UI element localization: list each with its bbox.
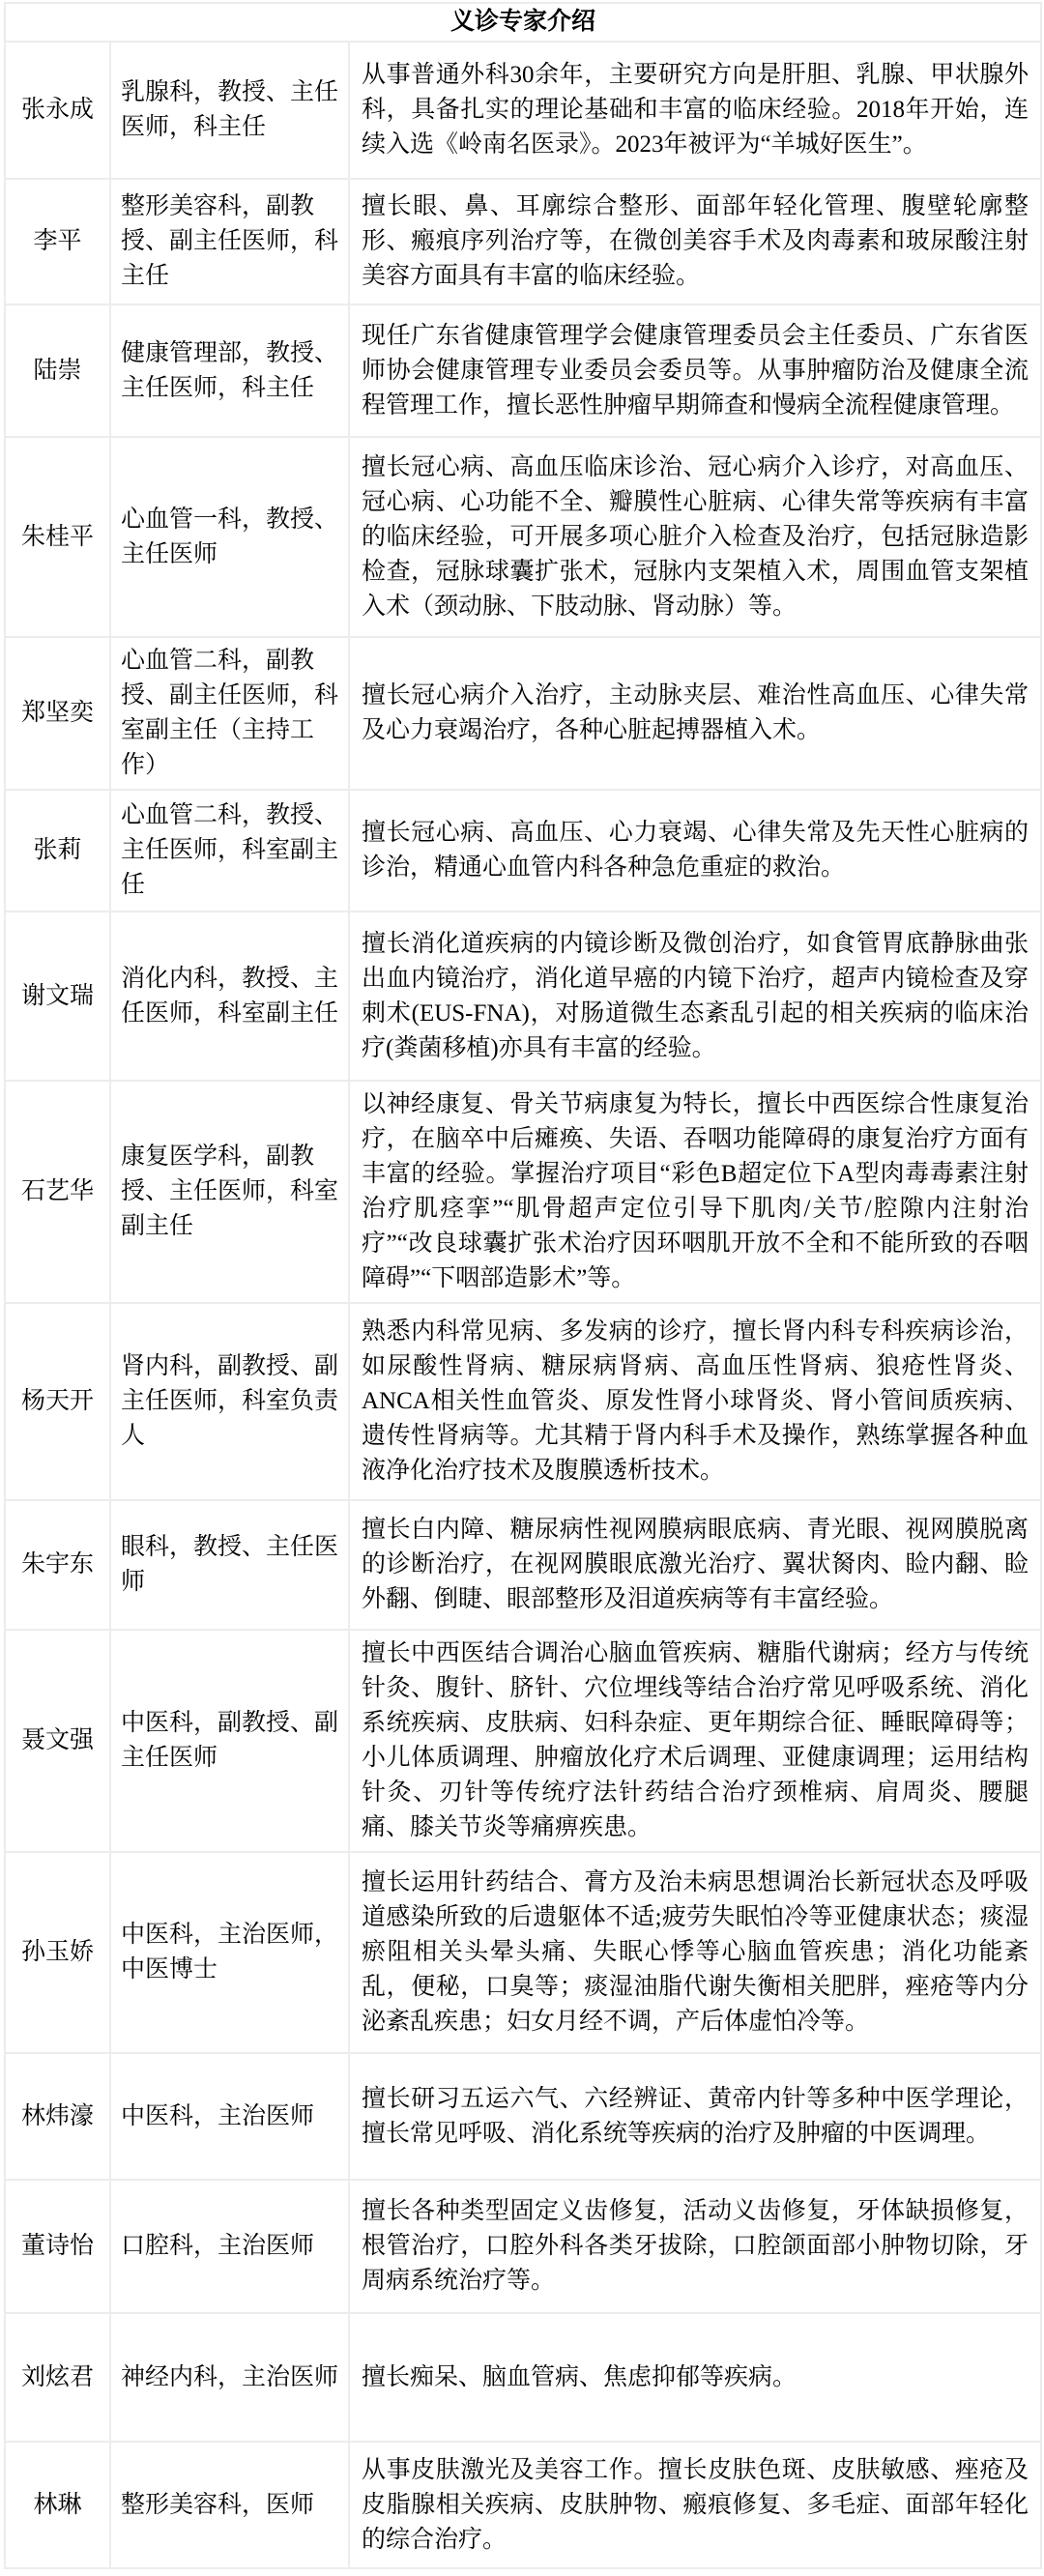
expert-name: 张永成: [5, 42, 110, 179]
expert-description: 擅长运用针药结合、膏方及治未病思想调治长新冠状态及呼吸道感染所致的后遗躯体不适;…: [349, 1852, 1041, 2053]
table-row: 郑坚奕心血管二科，副教授、副主任医师，科室副主任（主持工作）擅长冠心病介入治疗，…: [5, 637, 1041, 790]
expert-title: 肾内科，副教授、副主任医师，科室负责人: [110, 1303, 349, 1500]
expert-title: 神经内科，主治医师: [110, 2313, 349, 2442]
expert-description: 擅长冠心病、高血压临床诊治、冠心病介入诊疗，对高血压、冠心病、心功能不全、瓣膜性…: [349, 437, 1041, 637]
experts-table: 义诊专家介绍 张永成乳腺科，教授、主任医师，科主任从事普通外科30余年，主要研究…: [4, 2, 1042, 2569]
expert-name: 杨天开: [5, 1303, 110, 1500]
table-row: 李平整形美容科，副教授、副主任医师，科主任擅长眼、鼻、耳廓综合整形、面部年轻化管…: [5, 179, 1041, 304]
table-row: 孙玉娇中医科，主治医师，中医博士擅长运用针药结合、膏方及治未病思想调治长新冠状态…: [5, 1852, 1041, 2053]
expert-description: 擅长冠心病介入治疗，主动脉夹层、难治性高血压、心律失常及心力衰竭治疗，各种心脏起…: [349, 637, 1041, 790]
expert-description: 擅长各种类型固定义齿修复，活动义齿修复，牙体缺损修复，根管治疗，口腔外科各类牙拔…: [349, 2180, 1041, 2313]
expert-title: 心血管二科，副教授、副主任医师，科室副主任（主持工作）: [110, 637, 349, 790]
expert-title: 整形美容科，医师: [110, 2442, 349, 2568]
expert-name: 朱宇东: [5, 1500, 110, 1630]
expert-title: 健康管理部，教授、主任医师，科主任: [110, 304, 349, 437]
expert-description: 擅长中西医结合调治心脑血管疾病、糖脂代谢病；经方与传统针灸、腹针、脐针、穴位埋线…: [349, 1630, 1041, 1852]
expert-description: 以神经康复、骨关节病康复为特长，擅长中西医综合性康复治疗，在脑卒中后瘫痪、失语、…: [349, 1081, 1041, 1303]
table-row: 林琳整形美容科，医师从事皮肤激光及美容工作。擅长皮肤色斑、皮肤敏感、痤疮及皮脂腺…: [5, 2442, 1041, 2568]
expert-title: 中医科，主治医师: [110, 2053, 349, 2180]
expert-description: 现任广东省健康管理学会健康管理委员会主任委员、广东省医师协会健康管理专业委员会委…: [349, 304, 1041, 437]
expert-name: 郑坚奕: [5, 637, 110, 790]
expert-title: 口腔科，主治医师: [110, 2180, 349, 2313]
expert-title: 康复医学科，副教授、主任医师，科室副主任: [110, 1081, 349, 1303]
expert-description: 擅长冠心病、高血压、心力衰竭、心律失常及先天性心脏病的诊治，精通心血管内科各种急…: [349, 790, 1041, 912]
expert-name: 李平: [5, 179, 110, 304]
table-row: 刘炫君神经内科，主治医师擅长痴呆、脑血管病、焦虑抑郁等疾病。: [5, 2313, 1041, 2442]
table-row: 谢文瑞消化内科，教授、主任医师，科室副主任擅长消化道疾病的内镜诊断及微创治疗，如…: [5, 912, 1041, 1081]
expert-introduction-page: 义诊专家介绍 张永成乳腺科，教授、主任医师，科主任从事普通外科30余年，主要研究…: [0, 0, 1044, 2576]
expert-description: 擅长眼、鼻、耳廓综合整形、面部年轻化管理、腹壁轮廓整形、瘢痕序列治疗等，在微创美…: [349, 179, 1041, 304]
expert-description: 擅长白内障、糖尿病性视网膜病眼底病、青光眼、视网膜脱离的诊断治疗，在视网膜眼底激…: [349, 1500, 1041, 1630]
expert-name: 孙玉娇: [5, 1852, 110, 2053]
expert-description: 擅长研习五运六气、六经辨证、黄帝内针等多种中医学理论，擅长常见呼吸、消化系统等疾…: [349, 2053, 1041, 2180]
expert-name: 聂文强: [5, 1630, 110, 1852]
expert-description: 擅长消化道疾病的内镜诊断及微创治疗，如食管胃底静脉曲张出血内镜治疗，消化道早癌的…: [349, 912, 1041, 1081]
table-row: 石艺华康复医学科，副教授、主任医师，科室副主任以神经康复、骨关节病康复为特长，擅…: [5, 1081, 1041, 1303]
expert-description: 熟悉内科常见病、多发病的诊疗，擅长肾内科专科疾病诊治，如尿酸性肾病、糖尿病肾病、…: [349, 1303, 1041, 1500]
table-row: 董诗怡口腔科，主治医师擅长各种类型固定义齿修复，活动义齿修复，牙体缺损修复，根管…: [5, 2180, 1041, 2313]
table-row: 朱宇东眼科，教授、主任医师擅长白内障、糖尿病性视网膜病眼底病、青光眼、视网膜脱离…: [5, 1500, 1041, 1630]
expert-title: 消化内科，教授、主任医师，科室副主任: [110, 912, 349, 1081]
expert-name: 石艺华: [5, 1081, 110, 1303]
expert-title: 中医科，主治医师，中医博士: [110, 1852, 349, 2053]
expert-title: 乳腺科，教授、主任医师，科主任: [110, 42, 349, 179]
expert-name: 董诗怡: [5, 2180, 110, 2313]
expert-name: 谢文瑞: [5, 912, 110, 1081]
expert-name: 林琳: [5, 2442, 110, 2568]
table-row: 聂文强中医科，副教授、副主任医师擅长中西医结合调治心脑血管疾病、糖脂代谢病；经方…: [5, 1630, 1041, 1852]
table-row: 朱桂平心血管一科，教授、主任医师擅长冠心病、高血压临床诊治、冠心病介入诊疗，对高…: [5, 437, 1041, 637]
expert-description: 从事普通外科30余年，主要研究方向是肝胆、乳腺、甲状腺外科，具备扎实的理论基础和…: [349, 42, 1041, 179]
expert-title: 心血管二科，教授、主任医师，科室副主任: [110, 790, 349, 912]
expert-title: 眼科，教授、主任医师: [110, 1500, 349, 1630]
table-row: 林炜濠中医科，主治医师擅长研习五运六气、六经辨证、黄帝内针等多种中医学理论，擅长…: [5, 2053, 1041, 2180]
expert-title: 心血管一科，教授、主任医师: [110, 437, 349, 637]
expert-name: 张莉: [5, 790, 110, 912]
page-title: 义诊专家介绍: [5, 3, 1041, 42]
table-row: 陆崇健康管理部，教授、主任医师，科主任现任广东省健康管理学会健康管理委员会主任委…: [5, 304, 1041, 437]
table-row: 张永成乳腺科，教授、主任医师，科主任从事普通外科30余年，主要研究方向是肝胆、乳…: [5, 42, 1041, 179]
expert-description: 擅长痴呆、脑血管病、焦虑抑郁等疾病。: [349, 2313, 1041, 2442]
table-row: 杨天开肾内科，副教授、副主任医师，科室负责人熟悉内科常见病、多发病的诊疗，擅长肾…: [5, 1303, 1041, 1500]
expert-name: 林炜濠: [5, 2053, 110, 2180]
table-title-row: 义诊专家介绍: [5, 3, 1041, 42]
expert-name: 刘炫君: [5, 2313, 110, 2442]
expert-name: 朱桂平: [5, 437, 110, 637]
expert-name: 陆崇: [5, 304, 110, 437]
expert-title: 中医科，副教授、副主任医师: [110, 1630, 349, 1852]
expert-title: 整形美容科，副教授、副主任医师，科主任: [110, 179, 349, 304]
expert-description: 从事皮肤激光及美容工作。擅长皮肤色斑、皮肤敏感、痤疮及皮脂腺相关疾病、皮肤肿物、…: [349, 2442, 1041, 2568]
table-row: 张莉心血管二科，教授、主任医师，科室副主任擅长冠心病、高血压、心力衰竭、心律失常…: [5, 790, 1041, 912]
